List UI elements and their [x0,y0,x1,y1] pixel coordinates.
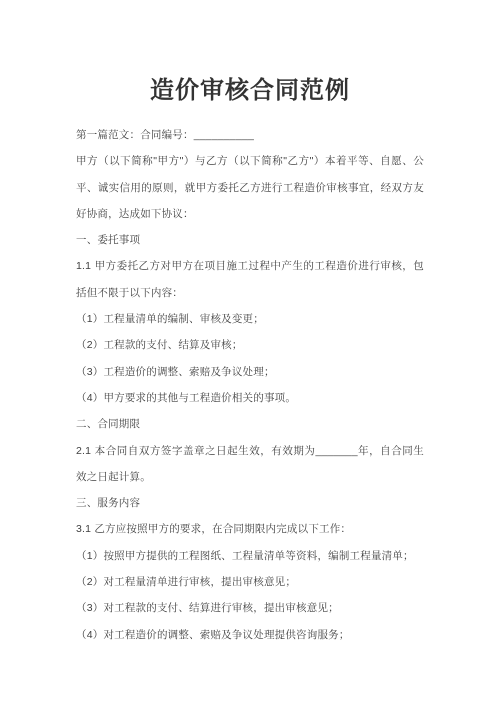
service-item-3: （3）对工程款的支付、结算进行审核，提出审核意见； [76,595,424,621]
contract-document-page: 造价审核合同范例 第一篇范文：合同编号：__________ 甲方（以下简称"甲… [0,0,500,707]
clause-1-1: 1.1 甲方委托乙方对甲方在项目施工过程中产生的工程造价进行审核，包括但不限于以… [76,253,424,306]
document-body: 第一篇范文：合同编号：__________ 甲方（以下简称"甲方"）与乙方（以下… [76,122,424,648]
section-heading-entrustment: 一、委托事项 [76,227,424,253]
clause-2-1: 2.1 本合同自双方签字盖章之日起生效，有效期为_______年，自合同生效之日… [76,438,424,491]
line-contract-number: 第一篇范文：合同编号：__________ [76,122,424,148]
entrustment-item-4: （4）甲方要求的其他与工程造价相关的事项。 [76,385,424,411]
entrustment-item-2: （2）工程款的支付、结算及审核； [76,332,424,358]
service-item-1: （1）按照甲方提供的工程图纸、工程量清单等资料，编制工程量清单； [76,543,424,569]
section-heading-services: 三、服务内容 [76,490,424,516]
service-item-4: （4）对工程造价的调整、索赔及争议处理提供咨询服务； [76,622,424,648]
clause-3-1: 3.1 乙方应按照甲方的要求，在合同期限内完成以下工作： [76,516,424,542]
section-heading-term: 二、合同期限 [76,411,424,437]
entrustment-item-3: （3）工程造价的调整、索赔及争议处理； [76,359,424,385]
service-item-2: （2）对工程量清单进行审核，提出审核意见； [76,569,424,595]
entrustment-item-1: （1）工程量清单的编制、审核及变更； [76,306,424,332]
document-title: 造价审核合同范例 [76,74,424,108]
paragraph-preamble: 甲方（以下简称"甲方"）与乙方（以下简称"乙方"）本着平等、自愿、公平、诚实信用… [76,148,424,227]
